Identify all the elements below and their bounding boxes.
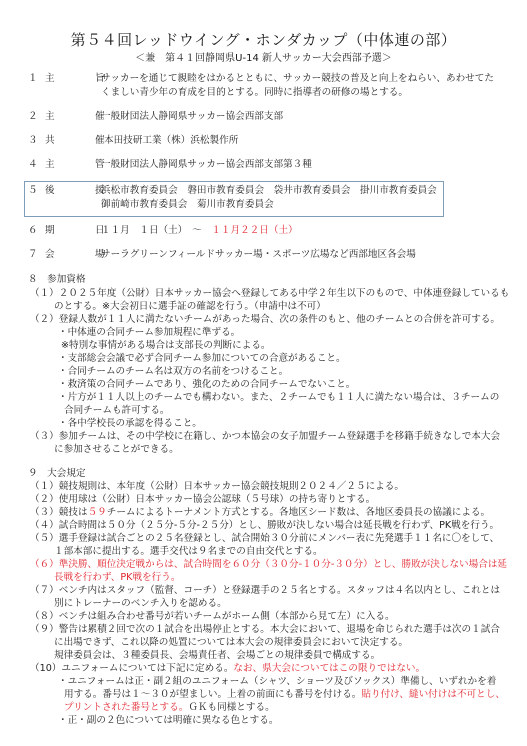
- rule-9: （９）警告は累積２回で次の１試合を出場停止とする。本大会において、退場を命じられ…: [30, 624, 500, 637]
- uniform-bullet: ・正・副の２色については明確に異なる色とする。: [58, 715, 278, 728]
- rule-6: （６）準決勝、順位決定戦からは、試合時間を６０分（３０分-１０分-３０分）とし、…: [30, 559, 507, 572]
- eligibility-3: （３）参加チームは、その中学校に在籍し、かつ本協会の女子加盟チーム登録選手を移籍…: [30, 431, 500, 444]
- eligibility-2: （２）登録人数が１１人に満たないチームがあった場合、次の条件のもと、他のチームと…: [30, 314, 500, 327]
- document-subtitle: ＜兼 第４１回静岡県U-14 新人サッカー大会西部予選＞: [0, 49, 527, 64]
- date-start: １１月 １日（土） ～: [101, 225, 202, 236]
- rule-7: （７）ベンチ内はスタッフ（監督、コーチ）と登録選手の２５名とする。スタッフは４名…: [30, 585, 500, 598]
- team-count: ５９: [88, 507, 107, 518]
- item-number: ５: [28, 184, 40, 198]
- rule-3-pre: （３）競技は: [30, 507, 88, 518]
- eligibility-bullet: ・各中学校長の承認を得ること。: [58, 418, 202, 431]
- eligibility-bullet: ・支部総会会議で必ず合同チーム参加についての合意があること。: [58, 353, 346, 366]
- date-range: １１月 １日（土） ～ １１月２２日（土）: [101, 224, 501, 238]
- uniform-print-rule: 貼り付け、縫い付けは不可とし、: [361, 689, 505, 700]
- item-label-1: 期: [45, 224, 55, 238]
- eligibility-bullet: ・救済策の合同チームであり、強化のための合同チームでないこと。: [58, 379, 355, 392]
- uniform-bullet-cont: 用する。番号は１～３０が望ましい。上着の前面にも番号を付ける。貼り付け、縫い付け…: [64, 689, 505, 702]
- eligibility-bullet: ・片方が１１人以上のチームでも構わない。また、２チームでも１１人に満たない場合は…: [58, 392, 499, 405]
- document-title: 第５４回レッドウイング・ホンダカップ（中体連の部）: [0, 29, 527, 50]
- rule-5-cont: １部本部に提出する。選手交代は９名までの自由交代とする。: [54, 546, 323, 559]
- item-number: ７: [28, 248, 40, 262]
- item-value-line: 御前崎市教育委員会 菊川市教育委員会: [101, 198, 501, 212]
- date-end: １１月２２日（土）: [211, 225, 297, 236]
- item-value-line: 一般財団法人静岡県サッカー協会西部支部第３種: [101, 158, 501, 172]
- uniform-gk-text: ＧＫも同様とする。: [188, 702, 274, 713]
- rule-10-pre: （10）ユニフォームについては下記に定める。: [30, 663, 233, 674]
- document-page: 第５４回レッドウイング・ホンダカップ（中体連の部） ＜兼 第４１回静岡県U-14…: [0, 0, 527, 746]
- rule-10: （10）ユニフォームについては下記に定める。なお、県大会についてはこの限りではな…: [30, 663, 425, 676]
- eligibility-bullet-cont: 合同チームも許可する。: [64, 405, 170, 418]
- rule-9-cont: に出場できず、これ以降の処置については本大会の規律委員会において決定する。: [54, 637, 408, 650]
- rule-7-cont: 別にトレーナーのベンチ入りを認める。: [54, 598, 227, 611]
- uniform-number-text: 用する。番号は１～３０が望ましい。上着の前面にも番号を付ける。: [64, 689, 361, 700]
- item-value-line: サーラグリーンフィールドサッカー場・スポーツ広場など西部地区各会場: [101, 248, 501, 262]
- item-value-line: サッカーを通じて親睦をはかるとともに、サッカー競技の普及と向上をねらい、あわせて…: [101, 72, 501, 86]
- section-8-heading: ８ 参加資格: [28, 274, 86, 287]
- rule-3-post: チームによるトーナメント方式とする。各地区シード数は、各地区委員長の協議による。: [107, 507, 490, 518]
- eligibility-1-cont: のとする。※大会初日に選手証の確認を行う。（申請中は不可）: [54, 301, 326, 314]
- item-label-1: 会: [45, 248, 55, 262]
- item-number: ４: [28, 158, 40, 172]
- item-number: ３: [28, 134, 40, 148]
- rule-5: （５）選手登録は試合ごとの２５名登録とし、試合開始３０分前にメンバー表に先発選手…: [30, 533, 499, 546]
- uniform-print-rule-cont: プリントされた番号とする。: [64, 702, 188, 713]
- rule-3: （３）競技は５９チームによるトーナメント方式とする。各地区シード数は、各地区委員…: [30, 507, 490, 520]
- uniform-bullet: ・ユニフォームは正・副２組のユニフォーム（シャツ、ショーツ及びソックス）準備し、…: [58, 676, 496, 689]
- rule-10-note: なお、県大会についてはこの限りではない。: [233, 663, 425, 674]
- rule-8: （８）ベンチは組み合わせ番号が若いチームがホーム側（本部から見て左）に入る。: [30, 611, 395, 624]
- item-number: １: [28, 72, 40, 86]
- rule-2: （２）使用球は（公財）日本サッカー協会公認球（５号球）の持ち寄りとする。: [30, 494, 375, 507]
- item-label-1: 共: [45, 134, 55, 148]
- rule-6-cont: 長戦を行わず、PK戦を行う。: [54, 572, 180, 585]
- rule-4: （４）試合時間は５０分（２５分-５分-２５分）とし、勝敗が決しない場合は延長戦を…: [30, 520, 499, 533]
- eligibility-1: （１）２０２５年度（公財）日本サッカー協会へ登録してある中学２年生以下のもので、…: [30, 288, 509, 301]
- uniform-bullet-cont2: プリントされた番号とする。ＧＫも同様とする。: [64, 702, 275, 715]
- item-value-line: 一般財団法人静岡県サッカー協会西部支部: [101, 110, 501, 124]
- eligibility-bullet: ・中体連の合同チーム参加規程に準ずる。: [58, 327, 240, 340]
- item-number: ６: [28, 224, 40, 238]
- eligibility-note: ※特別な事情がある場合は支部長の判断による。: [61, 340, 271, 353]
- item-label-1: 主: [45, 72, 55, 86]
- item-label-1: 後: [45, 184, 55, 198]
- section-9-heading: ９ 大会規定: [28, 468, 86, 481]
- eligibility-3-cont: に参加させることができる。: [54, 444, 179, 457]
- item-value-line: 浜松市教育委員会 磐田市教育委員会 袋井市教育委員会 掛川市教育委員会: [101, 184, 501, 198]
- item-label-1: 主: [45, 110, 55, 124]
- item-value-line: くましい青少年の育成を目的とする。同時に指導者の研修の場とする。: [101, 86, 501, 100]
- item-value-line: 本田技研工業（株）浜松製作所: [104, 134, 504, 148]
- item-number: ２: [28, 110, 40, 124]
- item-label-1: 主: [45, 158, 55, 172]
- eligibility-bullet: ・合同チームのチーム名は双方の名前をつけること。: [58, 366, 288, 379]
- rule-1: （１）競技規則は、本年度（公財）日本サッカー協会競技規則２０２４／２５による。: [30, 481, 404, 494]
- rule-9-cont2: 規律委員会は、３種委員長、会場責任者、会場ごとの規律委員で構成する。: [54, 650, 380, 663]
